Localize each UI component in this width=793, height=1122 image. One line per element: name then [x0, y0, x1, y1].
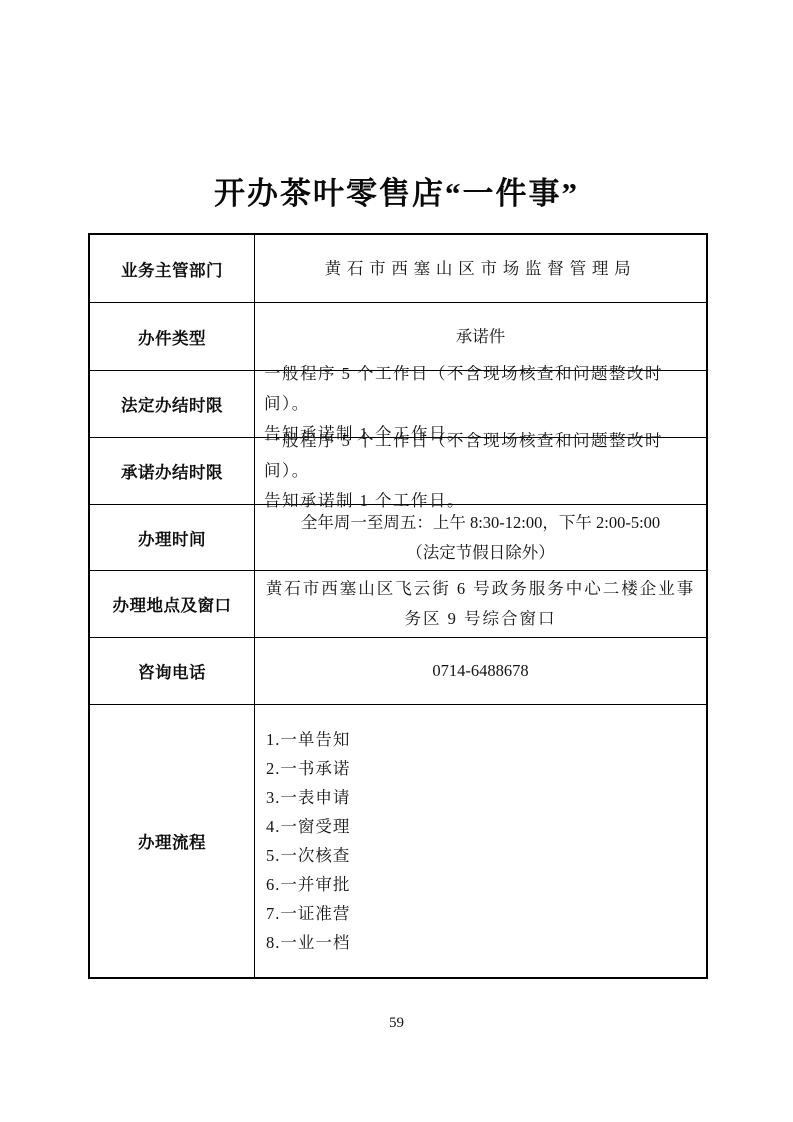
table-row-location-window: 办理地点及窗口 黄石市西塞山区飞云街 6 号政务服务中心二楼企业事 务区 9 号… [90, 570, 706, 637]
row-label: 办理流程 [90, 705, 255, 977]
row-label: 承诺办结时限 [90, 438, 255, 504]
row-label: 办理时间 [90, 505, 255, 570]
row-value: 一般程序 5 个工作日（不含现场核查和问题整改时间）。 告知承诺制 1 个工作日… [255, 438, 706, 504]
page-title: 开办茶叶零售店“一件事” [0, 168, 793, 213]
row-label: 法定办结时限 [90, 371, 255, 437]
page-number: 59 [0, 1015, 793, 1032]
table-row-phone: 咨询电话 0714-6488678 [90, 637, 706, 704]
row-value: 0714-6488678 [255, 638, 706, 704]
row-value: 黄石市西塞山区市场监督管理局 [255, 235, 706, 302]
document-page: 开办茶叶零售店“一件事” 业务主管部门 黄石市西塞山区市场监督管理局 办件类型 … [0, 0, 793, 1122]
row-label: 咨询电话 [90, 638, 255, 704]
table-row-promised-time-limit: 承诺办结时限 一般程序 5 个工作日（不含现场核查和问题整改时间）。 告知承诺制… [90, 437, 706, 504]
row-value-steps: 1.一单告知 2.一书承诺 3.一表申请 4.一窗受理 5.一次核查 6.一并审… [255, 705, 706, 977]
row-value: 全年周一至周五：上午 8:30-12:00，下午 2:00-5:00 （法定节假… [255, 505, 706, 570]
row-value: 黄石市西塞山区飞云街 6 号政务服务中心二楼企业事 务区 9 号综合窗口 [255, 571, 706, 637]
row-label: 办件类型 [90, 303, 255, 370]
info-table: 业务主管部门 黄石市西塞山区市场监督管理局 办件类型 承诺件 法定办结时限 一般… [88, 233, 708, 979]
table-row-process: 办理流程 1.一单告知 2.一书承诺 3.一表申请 4.一窗受理 5.一次核查 … [90, 704, 706, 977]
row-label: 办理地点及窗口 [90, 571, 255, 637]
table-row-service-hours: 办理时间 全年周一至周五：上午 8:30-12:00，下午 2:00-5:00 … [90, 504, 706, 570]
table-row-business-department: 业务主管部门 黄石市西塞山区市场监督管理局 [90, 235, 706, 302]
row-label: 业务主管部门 [90, 235, 255, 302]
